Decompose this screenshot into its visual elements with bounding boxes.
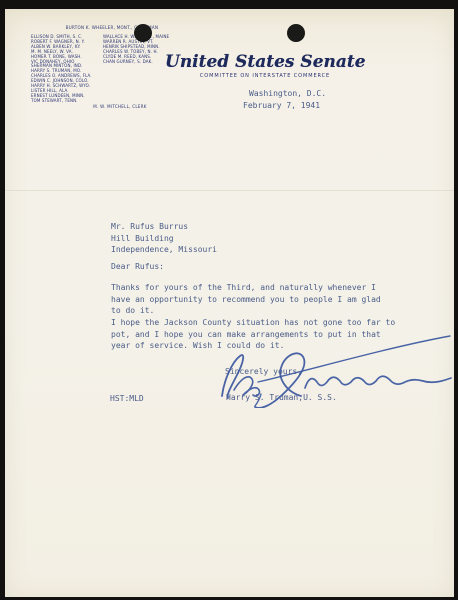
punch-hole-icon (287, 24, 305, 42)
recipient-address-block: Mr. Rufus Burrus Hill Building Independe… (111, 221, 217, 256)
recipient-address-line: Hill Building (111, 233, 217, 245)
dateline-city: Washington, D.C. (249, 88, 326, 100)
recipient-address-line: Independence, Missouri (111, 244, 217, 256)
recipient-name: Mr. Rufus Burrus (111, 221, 217, 233)
letter-paragraph-1: Thanks for yours of the Third, and natur… (111, 282, 381, 317)
committee-clerk: M. W. MITCHELL, CLERK (50, 104, 190, 109)
salutation: Dear Rufus: (111, 261, 164, 273)
punch-hole-icon (134, 24, 152, 42)
senate-letterhead-title: United States Senate (165, 53, 365, 71)
dateline-date: February 7, 1941 (243, 100, 320, 112)
letter-paper: BURTON K. WHEELER, MONT., CHAIRMAN ELLIS… (5, 9, 454, 597)
committee-name: COMMITTEE ON INTERSTATE COMMERCE (165, 73, 365, 79)
typist-initials: HST:MLD (110, 393, 144, 405)
truman-handwritten-signature (215, 328, 455, 408)
committee-chairman: BURTON K. WHEELER, MONT., CHAIRMAN (32, 25, 192, 30)
committee-member: CHAN GURNEY, S. DAK. (103, 60, 169, 65)
committee-member: TOM STEWART, TENN. (31, 99, 92, 104)
committee-members-left-column: ELLISON D. SMITH, S. C. ROBERT F. WAGNER… (31, 35, 92, 104)
paper-fold-line (5, 190, 454, 192)
